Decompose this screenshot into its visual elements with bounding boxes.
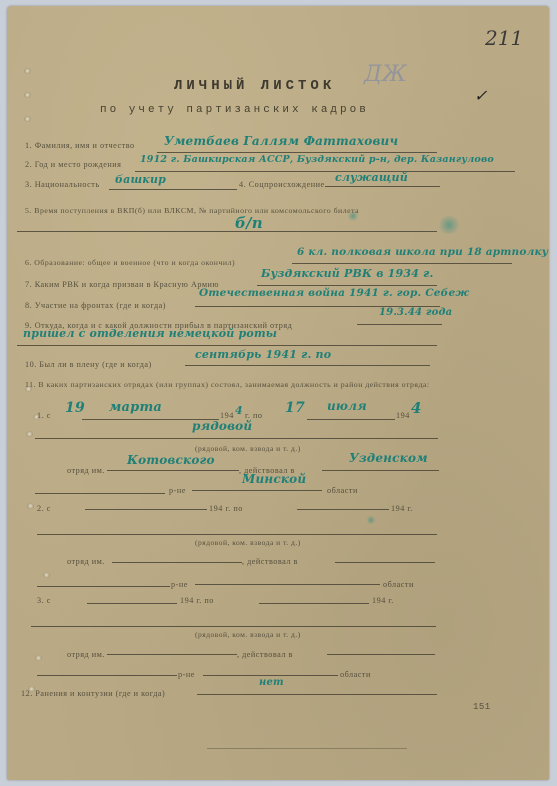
entry-1-unit: Котовского (127, 453, 215, 467)
entry-3-unit-label: отряд им. (67, 650, 105, 659)
entry-1-position-hint: (рядовой, ком. взвода и т. д.) (195, 444, 301, 453)
punch-hole (27, 503, 34, 509)
field-3-value: башкир (115, 173, 166, 186)
entry-1-unit-label: отряд им. (67, 466, 105, 475)
field-4-label: 4. Соцпроисхождение (239, 180, 325, 189)
field-10-label: 10. Был ли в плену (где и когда) (25, 360, 152, 369)
footer-number: 151 (473, 702, 491, 712)
ink-stain (367, 515, 375, 525)
entry-3-year2: 194 г. (372, 596, 394, 605)
entry-1-district: Узденском (349, 451, 428, 465)
entry-1-to-day: 17 (285, 400, 305, 416)
field-7-label: 7. Каким РВК и когда призван в Красную А… (25, 280, 219, 289)
archive-page-number: 211 (485, 26, 523, 50)
field-2-label: 2. Год и место рождения (25, 160, 121, 169)
field-8-value: Отечественная война 1941 г. гор. Себеж (199, 287, 469, 299)
entry-2-acting-label: , действовал в (242, 557, 298, 566)
field-6-value: 6 кл. полковая школа при 18 артполку (297, 246, 548, 258)
entry-3-position-hint: (рядовой, ком. взвода и т. д.) (195, 630, 301, 639)
page-title: ЛИЧНЫЙ ЛИСТОК (174, 78, 335, 94)
entry-3-num: 3. с (37, 596, 51, 605)
entry-2-year2: 194 г. (391, 504, 413, 513)
entry-3-region-label: области (340, 670, 371, 679)
entry-1-from-year-digit: 4 (235, 404, 243, 417)
field-3-label: 3. Национальность (25, 180, 100, 189)
entry-1-to-year-digit: 4 (411, 399, 422, 417)
entry-1-from-day: 19 (65, 400, 85, 416)
entry-2-district-label: р-не (171, 580, 188, 589)
field-2-value: 1912 г. Башкирская АССР, Буздякский р-н,… (140, 154, 494, 165)
punch-hole (43, 572, 50, 578)
field-5-label: 5. Время поступления в ВКП(б) или ВЛКСМ,… (25, 206, 359, 215)
entry-3-district-label: р-не (178, 670, 195, 679)
entry-1-from-month: марта (109, 400, 162, 415)
corner-mark: ДЖ (364, 62, 407, 87)
punch-hole (26, 431, 33, 437)
entry-2-region-label: области (383, 580, 414, 589)
field-5-value: б/п (235, 214, 263, 232)
punch-hole (24, 68, 31, 74)
entry-3-acting-label: , действовал в (237, 650, 293, 659)
field-9-date: 19.3.44 года (379, 307, 452, 318)
document-page: 211 ДЖ ✓ ЛИЧНЫЙ ЛИСТОК по учету партизан… (7, 6, 549, 780)
entry-1-to-month: июля (327, 399, 367, 413)
field-12-label: 12. Ранения и контузии (где и когда) (21, 689, 165, 698)
entry-2-unit-label: отряд им. (67, 557, 105, 566)
field-4-value: служащий (335, 171, 408, 184)
ink-stain (437, 216, 461, 234)
punch-hole (24, 116, 31, 122)
entry-2-num: 2. с (37, 504, 51, 513)
field-1-label: 1. Фамилия, имя и отчество (25, 141, 135, 150)
entry-1-region: Минской (242, 472, 306, 486)
entry-1-position: рядовой (192, 419, 252, 433)
page-subtitle: по учету партизанских кадров (100, 104, 369, 116)
entry-1-to-year: 194 (396, 411, 410, 420)
entry-3-year1: 194 г. по (180, 596, 214, 605)
field-12-value: нет (259, 677, 284, 688)
entry-1-region-label: области (327, 486, 358, 495)
check-mark: ✓ (474, 86, 487, 105)
field-6-label: 6. Образование: общее и военное (что и к… (25, 258, 235, 267)
field-1-value: Уметбаев Галлям Фаттахович (164, 134, 398, 148)
punch-hole (35, 655, 42, 661)
entry-1-num: 1. с (37, 411, 51, 420)
field-8-label: 8. Участие на фронтах (где и когда) (25, 301, 166, 310)
entry-2-year1: 194 г. по (209, 504, 243, 513)
entry-1-district-label: р-не (169, 486, 186, 495)
entry-2-position-hint: (рядовой, ком. взвода и т. д.) (195, 538, 301, 547)
field-9-value: пришел с отделения немецкой роты (23, 327, 277, 340)
punch-hole (24, 92, 31, 98)
field-11-label: 11. В каких партизанских отрядах (или гр… (25, 380, 430, 389)
field-7-value: Буздякский РВК в 1934 г. (261, 267, 434, 280)
field-10-value: сентябрь 1941 г. по (195, 348, 331, 361)
